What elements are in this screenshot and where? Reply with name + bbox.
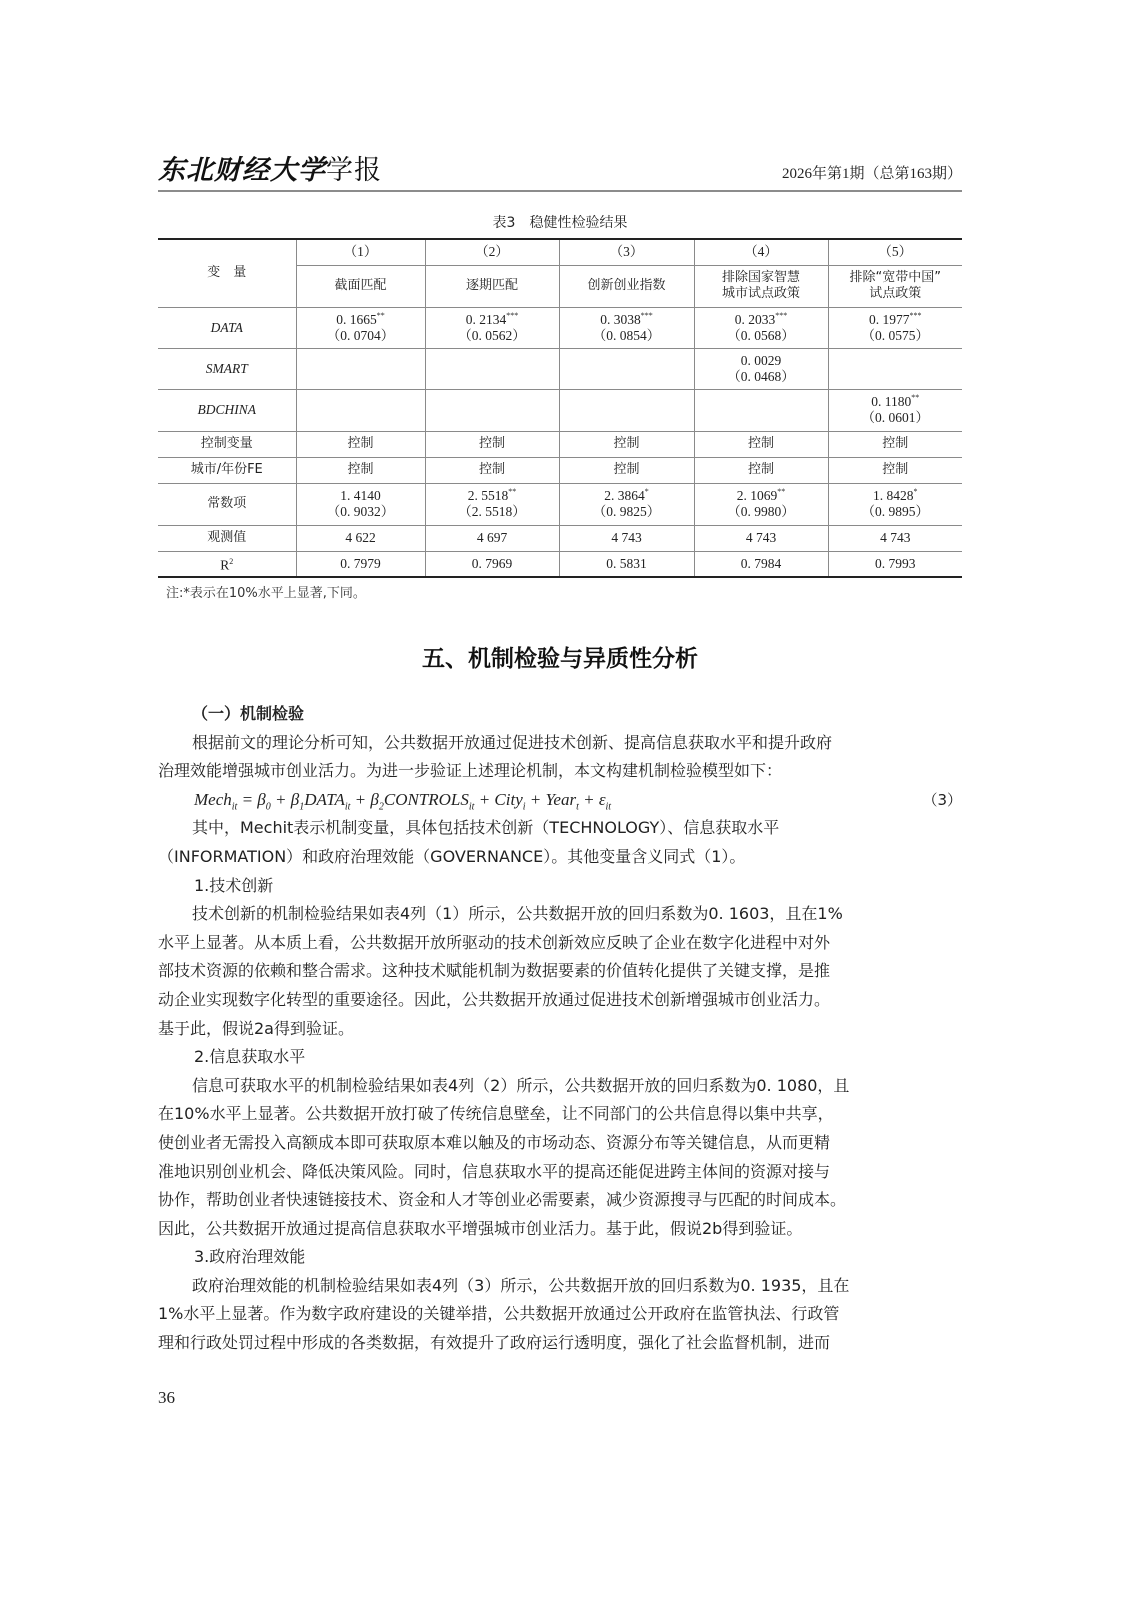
table-caption: 表3稳健性检验结果 bbox=[158, 212, 962, 232]
row-label: 常数项 bbox=[158, 483, 296, 525]
table-title: 稳健性检验结果 bbox=[529, 215, 627, 231]
table-cell: 控制 bbox=[296, 431, 425, 457]
std-error: （0. 0575） bbox=[829, 328, 963, 344]
coef: 0. 1665 bbox=[336, 312, 377, 327]
journal-logo-script: 东北财经大学 bbox=[158, 155, 326, 186]
std-error: （0. 9980） bbox=[695, 504, 828, 520]
paragraph-line: 1%水平上显著。作为数字政府建设的关键举措，公共数据开放通过公开政府在监管执法、… bbox=[158, 1300, 964, 1329]
table-cell: 0. 7979 bbox=[296, 551, 425, 577]
coef: 0. 2033 bbox=[735, 312, 776, 327]
section-title: 五、机制检验与异质性分析 bbox=[158, 640, 962, 673]
significance-stars: ** bbox=[911, 393, 919, 402]
paragraph-line: 基于此，假说2a得到验证。 bbox=[158, 1015, 964, 1044]
paragraph-line: 部技术资源的依赖和整合需求。这种技术赋能机制为数据要素的价值转化提供了关键支撑，… bbox=[158, 957, 964, 986]
coef: 1. 8428 bbox=[873, 488, 914, 503]
table-cell bbox=[296, 389, 425, 431]
body-text: （一）机制检验 根据前文的理论分析可知，公共数据开放通过促进技术创新、提高信息获… bbox=[158, 700, 964, 1358]
r2-superscript: 2 bbox=[229, 557, 233, 566]
std-error: （0. 9895） bbox=[829, 504, 963, 520]
table-note: 注:*表示在10%水平上显著,下同。 bbox=[166, 582, 366, 601]
table-cell: 2. 1069**（0. 9980） bbox=[694, 483, 828, 525]
paragraph-line: 因此，公共数据开放通过提高信息获取水平增强城市创业活力。基于此，假说2b得到验证… bbox=[158, 1215, 964, 1244]
coef: 0. 1180 bbox=[871, 394, 911, 409]
std-error: （0. 0468） bbox=[695, 369, 828, 385]
std-error: （0. 0704） bbox=[297, 328, 425, 344]
std-error: （0. 0601） bbox=[829, 410, 963, 426]
table-row-controls: 控制变量 控制 控制 控制 控制 控制 bbox=[158, 431, 962, 457]
coef: 0. 1977 bbox=[869, 312, 910, 327]
table-cell bbox=[828, 348, 962, 389]
significance-stars: *** bbox=[641, 311, 653, 320]
std-error: （2. 5518） bbox=[426, 504, 559, 520]
table-cell: 0. 7993 bbox=[828, 551, 962, 577]
table-cell: 0. 5831 bbox=[559, 551, 694, 577]
eq-term: CONTROLS bbox=[384, 790, 469, 809]
table-cell: 控制 bbox=[559, 457, 694, 483]
std-error: （0. 9032） bbox=[297, 504, 425, 520]
table-cell: 控制 bbox=[425, 431, 559, 457]
coef: 2. 1069 bbox=[737, 488, 778, 503]
paragraph-line: 动企业实现数字化转型的重要途径。因此，公共数据开放通过促进技术创新增强城市创业活… bbox=[158, 986, 964, 1015]
column-label-line: 试点政策 bbox=[829, 286, 963, 302]
coef: 0. 3038 bbox=[600, 312, 641, 327]
table-cell: 0. 7969 bbox=[425, 551, 559, 577]
table-cell: 0. 2033***（0. 0568） bbox=[694, 307, 828, 348]
table-cell: 4 743 bbox=[694, 525, 828, 551]
eq-sub: it bbox=[606, 801, 612, 812]
table-cell: 控制 bbox=[694, 431, 828, 457]
table-cell: 4 622 bbox=[296, 525, 425, 551]
row-label: SMART bbox=[158, 348, 296, 389]
column-label-line: 排除“宽带中国” bbox=[829, 270, 963, 286]
coef: 2. 3864 bbox=[604, 488, 645, 503]
table-cell: 1. 8428*（0. 9895） bbox=[828, 483, 962, 525]
coef: 0. 2134 bbox=[466, 312, 507, 327]
column-label: 截面匹配 bbox=[296, 265, 425, 307]
paragraph-line: 其中，Mechit表示机制变量，具体包括技术创新（TECHNOLOGY）、信息获… bbox=[158, 814, 964, 843]
table-row-bdchina: BDCHINA 0. 1180**（0. 0601） bbox=[158, 389, 962, 431]
paragraph-line: 使创业者无需投入高额成本即可获取原本难以触及的市场动态、资源分布等关键信息，从而… bbox=[158, 1129, 964, 1158]
row-label: 观测值 bbox=[158, 525, 296, 551]
std-error: （0. 0568） bbox=[695, 328, 828, 344]
table-cell: 控制 bbox=[694, 457, 828, 483]
table-cell: 0. 2134***（0. 0562） bbox=[425, 307, 559, 348]
paragraph-line: （INFORMATION）和政府治理效能（GOVERNANCE）。其他变量含义同… bbox=[158, 843, 964, 872]
table-cell: 2. 5518**（2. 5518） bbox=[425, 483, 559, 525]
coef: 1. 4140 bbox=[340, 488, 381, 503]
r2-label: R bbox=[220, 558, 229, 573]
table-row-r-squared: R2 0. 7979 0. 7969 0. 5831 0. 7984 0. 79… bbox=[158, 551, 962, 577]
paragraph-line: 准地识别创业机会、降低决策风险。同时，信息获取水平的提高还能促进跨主体间的资源对… bbox=[158, 1158, 964, 1187]
significance-stars: ** bbox=[777, 487, 785, 496]
table-cell: 0. 7984 bbox=[694, 551, 828, 577]
table-number: 表3 bbox=[493, 215, 516, 231]
table-cell bbox=[559, 348, 694, 389]
variable-header: 变 量 bbox=[158, 239, 296, 307]
column-label: 逐期匹配 bbox=[425, 265, 559, 307]
table-cell: 控制 bbox=[296, 457, 425, 483]
table-cell: 0. 1977***（0. 0575） bbox=[828, 307, 962, 348]
paragraph-line: 信息可获取水平的机制检验结果如表4列（2）所示，公共数据开放的回归系数为0. 1… bbox=[158, 1072, 964, 1101]
table-cell: 控制 bbox=[425, 457, 559, 483]
column-label-line: 城市试点政策 bbox=[695, 286, 828, 302]
eq-term: + City bbox=[474, 790, 522, 809]
table-cell: 0. 0029（0. 0468） bbox=[694, 348, 828, 389]
page-number: 36 bbox=[158, 1388, 175, 1408]
row-label: R2 bbox=[158, 551, 296, 577]
row-label: 控制变量 bbox=[158, 431, 296, 457]
row-label: DATA bbox=[158, 307, 296, 348]
table-cell bbox=[425, 389, 559, 431]
subsection-title: （一）机制检验 bbox=[158, 700, 964, 729]
minor-heading: 1.技术创新 bbox=[158, 872, 964, 901]
paragraph-line: 治理效能增强城市创业活力。为进一步验证上述理论机制，本文构建机制检验模型如下： bbox=[158, 757, 964, 786]
significance-stars: * bbox=[914, 487, 918, 496]
table-cell bbox=[296, 348, 425, 389]
paragraph-line: 技术创新的机制检验结果如表4列（1）所示，公共数据开放的回归系数为0. 1603… bbox=[158, 900, 964, 929]
paragraph-line: 水平上显著。从本质上看，公共数据开放所驱动的技术创新效应反映了企业在数字化进程中… bbox=[158, 929, 964, 958]
table-cell: 控制 bbox=[828, 431, 962, 457]
table-cell: 1. 4140（0. 9032） bbox=[296, 483, 425, 525]
table-cell: 0. 1665**（0. 0704） bbox=[296, 307, 425, 348]
column-label: 创新创业指数 bbox=[559, 265, 694, 307]
row-label: 城市/年份FE bbox=[158, 457, 296, 483]
table-cell bbox=[559, 389, 694, 431]
column-number: （1） bbox=[296, 239, 425, 265]
table-cell: 控制 bbox=[828, 457, 962, 483]
paragraph-line: 根据前文的理论分析可知，公共数据开放通过促进技术创新、提高信息获取水平和提升政府 bbox=[158, 729, 964, 758]
journal-logo: 东北财经大学学报 bbox=[158, 148, 382, 187]
table-cell: 0. 3038***（0. 0854） bbox=[559, 307, 694, 348]
table-row-observations: 观测值 4 622 4 697 4 743 4 743 4 743 bbox=[158, 525, 962, 551]
column-label: 排除国家智慧城市试点政策 bbox=[694, 265, 828, 307]
column-number: （4） bbox=[694, 239, 828, 265]
significance-stars: ** bbox=[377, 311, 385, 320]
paragraph-line: 理和行政处罚过程中形成的各类数据，有效提升了政府运行透明度，强化了社会监督机制，… bbox=[158, 1329, 964, 1358]
table-row-smart: SMART 0. 0029（0. 0468） bbox=[158, 348, 962, 389]
eq-term: = β bbox=[237, 790, 265, 809]
minor-heading: 2.信息获取水平 bbox=[158, 1043, 964, 1072]
coef: 2. 5518 bbox=[468, 488, 509, 503]
equation-number: （3） bbox=[922, 786, 962, 815]
page-header: 东北财经大学学报 2026年第1期（总第163期） bbox=[158, 148, 962, 192]
eq-term: DATA bbox=[304, 790, 345, 809]
eq-term: + β bbox=[271, 790, 299, 809]
table-row-fe: 城市/年份FE 控制 控制 控制 控制 控制 bbox=[158, 457, 962, 483]
row-label: BDCHINA bbox=[158, 389, 296, 431]
eq-term: + Year bbox=[526, 790, 577, 809]
journal-logo-plain: 学报 bbox=[326, 155, 382, 186]
table-cell bbox=[694, 389, 828, 431]
std-error: （0. 0854） bbox=[560, 328, 694, 344]
table-cell: 2. 3864*（0. 9825） bbox=[559, 483, 694, 525]
eq-term: + ε bbox=[579, 790, 606, 809]
coef: 0. 0029 bbox=[695, 353, 828, 369]
column-number: （2） bbox=[425, 239, 559, 265]
table-cell: 4 743 bbox=[828, 525, 962, 551]
column-label: 排除“宽带中国”试点政策 bbox=[828, 265, 962, 307]
significance-stars: *** bbox=[910, 311, 922, 320]
table-row-constant: 常数项 1. 4140（0. 9032） 2. 5518**（2. 5518） … bbox=[158, 483, 962, 525]
significance-stars: ** bbox=[508, 487, 516, 496]
minor-heading: 3.政府治理效能 bbox=[158, 1243, 964, 1272]
issue-info: 2026年第1期（总第163期） bbox=[782, 162, 962, 183]
std-error: （0. 0562） bbox=[426, 328, 559, 344]
table-row-data: DATA 0. 1665**（0. 0704） 0. 2134***（0. 05… bbox=[158, 307, 962, 348]
paragraph-line: 在10%水平上显著。公共数据开放打破了传统信息壁垒，让不同部门的公共信息得以集中… bbox=[158, 1100, 964, 1129]
equation: Mechit = β0 + β1DATAit + β2CONTROLSit + … bbox=[158, 786, 964, 815]
table-cell: 4 697 bbox=[425, 525, 559, 551]
column-number: （3） bbox=[559, 239, 694, 265]
significance-stars: *** bbox=[775, 311, 787, 320]
column-number: （5） bbox=[828, 239, 962, 265]
table-cell: 0. 1180**（0. 0601） bbox=[828, 389, 962, 431]
eq-term: + β bbox=[350, 790, 378, 809]
significance-stars: * bbox=[645, 487, 649, 496]
table-cell: 控制 bbox=[559, 431, 694, 457]
eq-term: Mech bbox=[194, 790, 232, 809]
paragraph-line: 政府治理效能的机制检验结果如表4列（3）所示，公共数据开放的回归系数为0. 19… bbox=[158, 1272, 964, 1301]
column-label-line: 排除国家智慧 bbox=[695, 270, 828, 286]
robustness-results-table: 变 量 （1） （2） （3） （4） （5） 截面匹配 逐期匹配 创新创业指数… bbox=[158, 238, 962, 578]
paragraph-line: 协作，帮助创业者快速链接技术、资金和人才等创业必需要素，减少资源搜寻与匹配的时间… bbox=[158, 1186, 964, 1215]
significance-stars: *** bbox=[506, 311, 518, 320]
table-cell: 4 743 bbox=[559, 525, 694, 551]
table-cell bbox=[425, 348, 559, 389]
std-error: （0. 9825） bbox=[560, 504, 694, 520]
table-header-row-numbers: 变 量 （1） （2） （3） （4） （5） bbox=[158, 239, 962, 265]
